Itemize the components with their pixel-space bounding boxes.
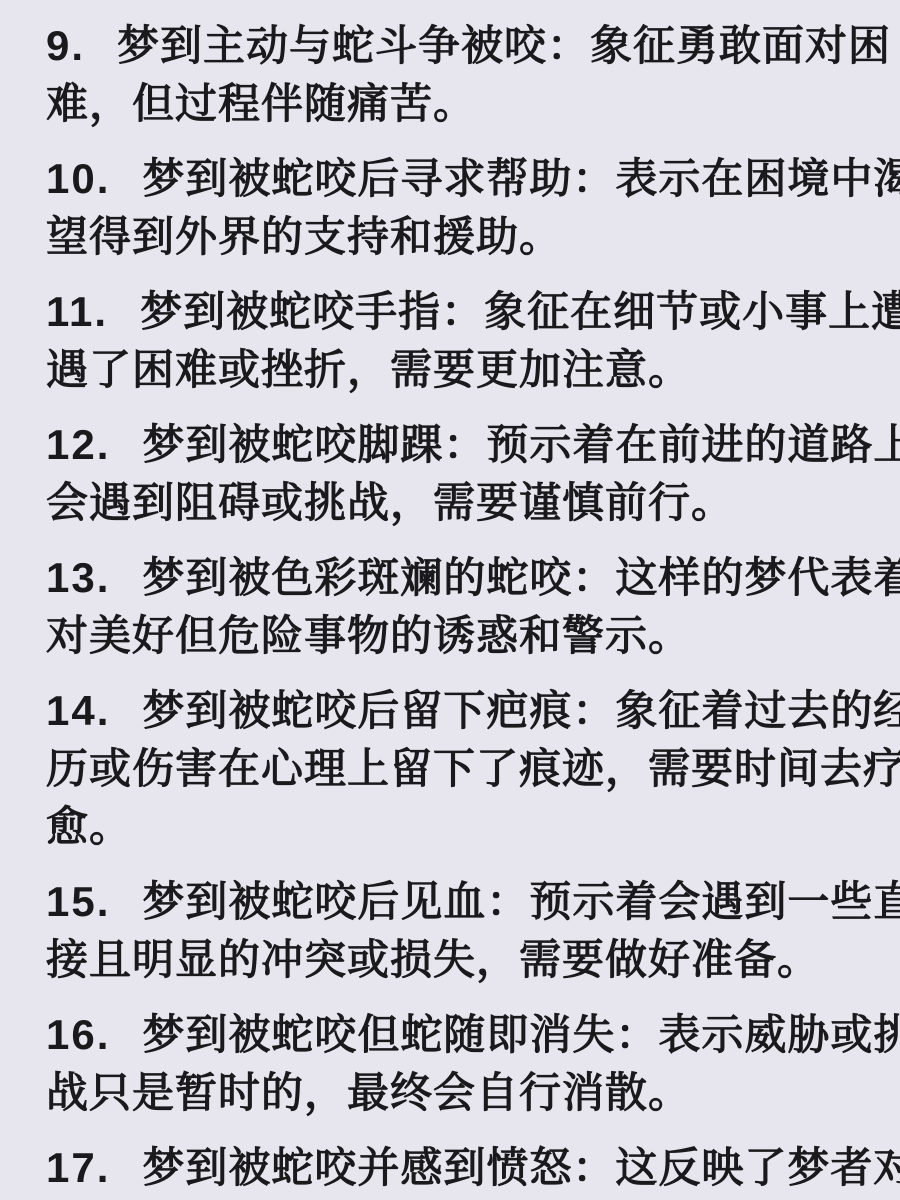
- item-number: 12.: [46, 416, 110, 474]
- item-line: 愈。: [46, 798, 862, 856]
- list-item: 16.梦到被蛇咬但蛇随即消失：表示威胁或挑 战只是暂时的，最终会自行消散。: [46, 1006, 862, 1122]
- item-line: 9.梦到主动与蛇斗争被咬：象征勇敢面对困: [46, 17, 862, 75]
- item-line: 难，但过程伴随痛苦。: [46, 75, 862, 133]
- item-line: 17.梦到被蛇咬并感到愤怒：这反映了梦者对: [46, 1139, 862, 1197]
- item-text: 梦到被蛇咬并感到愤怒：这反映了梦者对: [142, 1144, 900, 1191]
- item-text: 梦到被色彩斑斓的蛇咬：这样的梦代表着: [142, 554, 900, 601]
- item-line: 战只是暂时的，最终会自行消散。: [46, 1064, 862, 1122]
- item-number: 15.: [46, 873, 110, 931]
- item-line: 13.梦到被色彩斑斓的蛇咬：这样的梦代表着: [46, 549, 862, 607]
- list-item: 11.梦到被蛇咬手指：象征在细节或小事上遭 遇了困难或挫折，需要更加注意。: [46, 283, 862, 399]
- item-text: 梦到被蛇咬脚踝：预示着在前进的道路上: [142, 421, 900, 468]
- item-text: 梦到被蛇咬后见血：预示着会遇到一些直: [142, 878, 900, 925]
- item-text: 梦到主动与蛇斗争被咬：象征勇敢面对困: [117, 22, 891, 69]
- item-number: 10.: [46, 150, 110, 208]
- list-item: 15.梦到被蛇咬后见血：预示着会遇到一些直 接且明显的冲突或损失，需要做好准备。: [46, 873, 862, 989]
- list-item: 17.梦到被蛇咬并感到愤怒：这反映了梦者对: [46, 1139, 862, 1197]
- item-line: 遇了困难或挫折，需要更加注意。: [46, 341, 862, 399]
- item-number: 16.: [46, 1006, 110, 1064]
- item-line: 12.梦到被蛇咬脚踝：预示着在前进的道路上: [46, 416, 862, 474]
- item-line: 11.梦到被蛇咬手指：象征在细节或小事上遭: [46, 283, 862, 341]
- item-line: 16.梦到被蛇咬但蛇随即消失：表示威胁或挑: [46, 1006, 862, 1064]
- item-number: 13.: [46, 549, 110, 607]
- list-item: 14.梦到被蛇咬后留下疤痕：象征着过去的经 历或伤害在心理上留下了痕迹，需要时间…: [46, 682, 862, 856]
- item-line: 14.梦到被蛇咬后留下疤痕：象征着过去的经: [46, 682, 862, 740]
- item-text: 梦到被蛇咬但蛇随即消失：表示威胁或挑: [142, 1011, 900, 1058]
- item-line: 15.梦到被蛇咬后见血：预示着会遇到一些直: [46, 873, 862, 931]
- list-item: 12.梦到被蛇咬脚踝：预示着在前进的道路上 会遇到阻碍或挑战，需要谨慎前行。: [46, 416, 862, 532]
- item-line: 对美好但危险事物的诱惑和警示。: [46, 607, 862, 665]
- dream-interpretation-list: 9.梦到主动与蛇斗争被咬：象征勇敢面对困 难，但过程伴随痛苦。 10.梦到被蛇咬…: [0, 0, 900, 1197]
- item-number: 17.: [46, 1139, 110, 1197]
- item-line: 会遇到阻碍或挑战，需要谨慎前行。: [46, 474, 862, 532]
- item-text: 梦到被蛇咬后寻求帮助：表示在困境中渴: [142, 155, 900, 202]
- item-number: 14.: [46, 682, 110, 740]
- item-line: 望得到外界的支持和援助。: [46, 208, 862, 266]
- item-text: 梦到被蛇咬后留下疤痕：象征着过去的经: [142, 687, 900, 734]
- list-item: 13.梦到被色彩斑斓的蛇咬：这样的梦代表着 对美好但危险事物的诱惑和警示。: [46, 549, 862, 665]
- item-line: 历或伤害在心理上留下了痕迹，需要时间去疗: [46, 740, 862, 798]
- item-number: 9.: [46, 17, 85, 75]
- list-item: 10.梦到被蛇咬后寻求帮助：表示在困境中渴 望得到外界的支持和援助。: [46, 150, 862, 266]
- list-item: 9.梦到主动与蛇斗争被咬：象征勇敢面对困 难，但过程伴随痛苦。: [46, 17, 862, 133]
- item-number: 11.: [46, 283, 108, 341]
- item-text: 梦到被蛇咬手指：象征在细节或小事上遭: [140, 288, 900, 335]
- item-line: 10.梦到被蛇咬后寻求帮助：表示在困境中渴: [46, 150, 862, 208]
- item-line: 接且明显的冲突或损失，需要做好准备。: [46, 931, 862, 989]
